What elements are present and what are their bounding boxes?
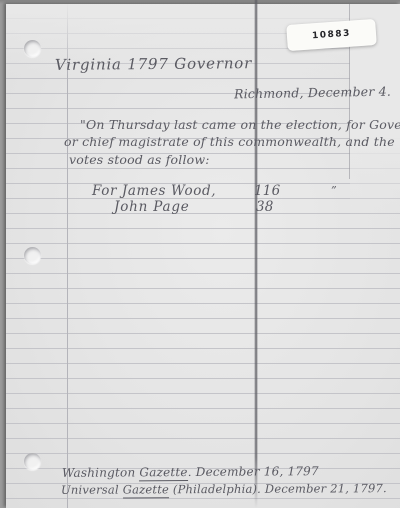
vote-count-wood: 116 bbox=[254, 183, 280, 199]
citation-text: Washington bbox=[62, 465, 139, 480]
hole-punch-middle bbox=[24, 247, 41, 264]
citation-text: Universal bbox=[61, 483, 123, 497]
citation-universal-gazette: Universal Gazette (Philadelphia). Decemb… bbox=[61, 481, 387, 497]
body-line-2: or chief magistrate of this commonwealth… bbox=[64, 134, 395, 149]
fold-shadow-line bbox=[254, 0, 258, 508]
closing-quote-mark: ” bbox=[331, 184, 337, 197]
dateline: Richmond, December 4. bbox=[234, 84, 391, 102]
catalog-number: 10883 bbox=[312, 29, 351, 42]
ruled-lines bbox=[6, 4, 400, 508]
candidate-name-wood: For James Wood, bbox=[92, 183, 216, 199]
note-title: Virginia 1797 Governor bbox=[55, 54, 252, 74]
vote-count-page: 38 bbox=[256, 199, 274, 215]
citation-publication-underlined: Gazette bbox=[123, 482, 169, 498]
hole-punch-top bbox=[24, 40, 41, 57]
body-line-1: "On Thursday last came on the election, … bbox=[80, 117, 400, 132]
citation-washington-gazette: Washington Gazette. December 16, 1797 bbox=[62, 464, 319, 480]
scanned-document-page: 10883 Virginia 1797 Governor Richmond, D… bbox=[0, 0, 400, 508]
hole-punch-bottom bbox=[24, 453, 41, 470]
margin-line bbox=[67, 4, 68, 508]
citation-publication-underlined: Gazette bbox=[139, 465, 187, 481]
body-line-3: votes stood as follow: bbox=[69, 152, 210, 167]
citation-date: (Philadelphia). December 21, 1797. bbox=[169, 481, 387, 496]
citation-date: . December 16, 1797 bbox=[188, 464, 319, 479]
candidate-name-page: John Page bbox=[114, 199, 190, 215]
